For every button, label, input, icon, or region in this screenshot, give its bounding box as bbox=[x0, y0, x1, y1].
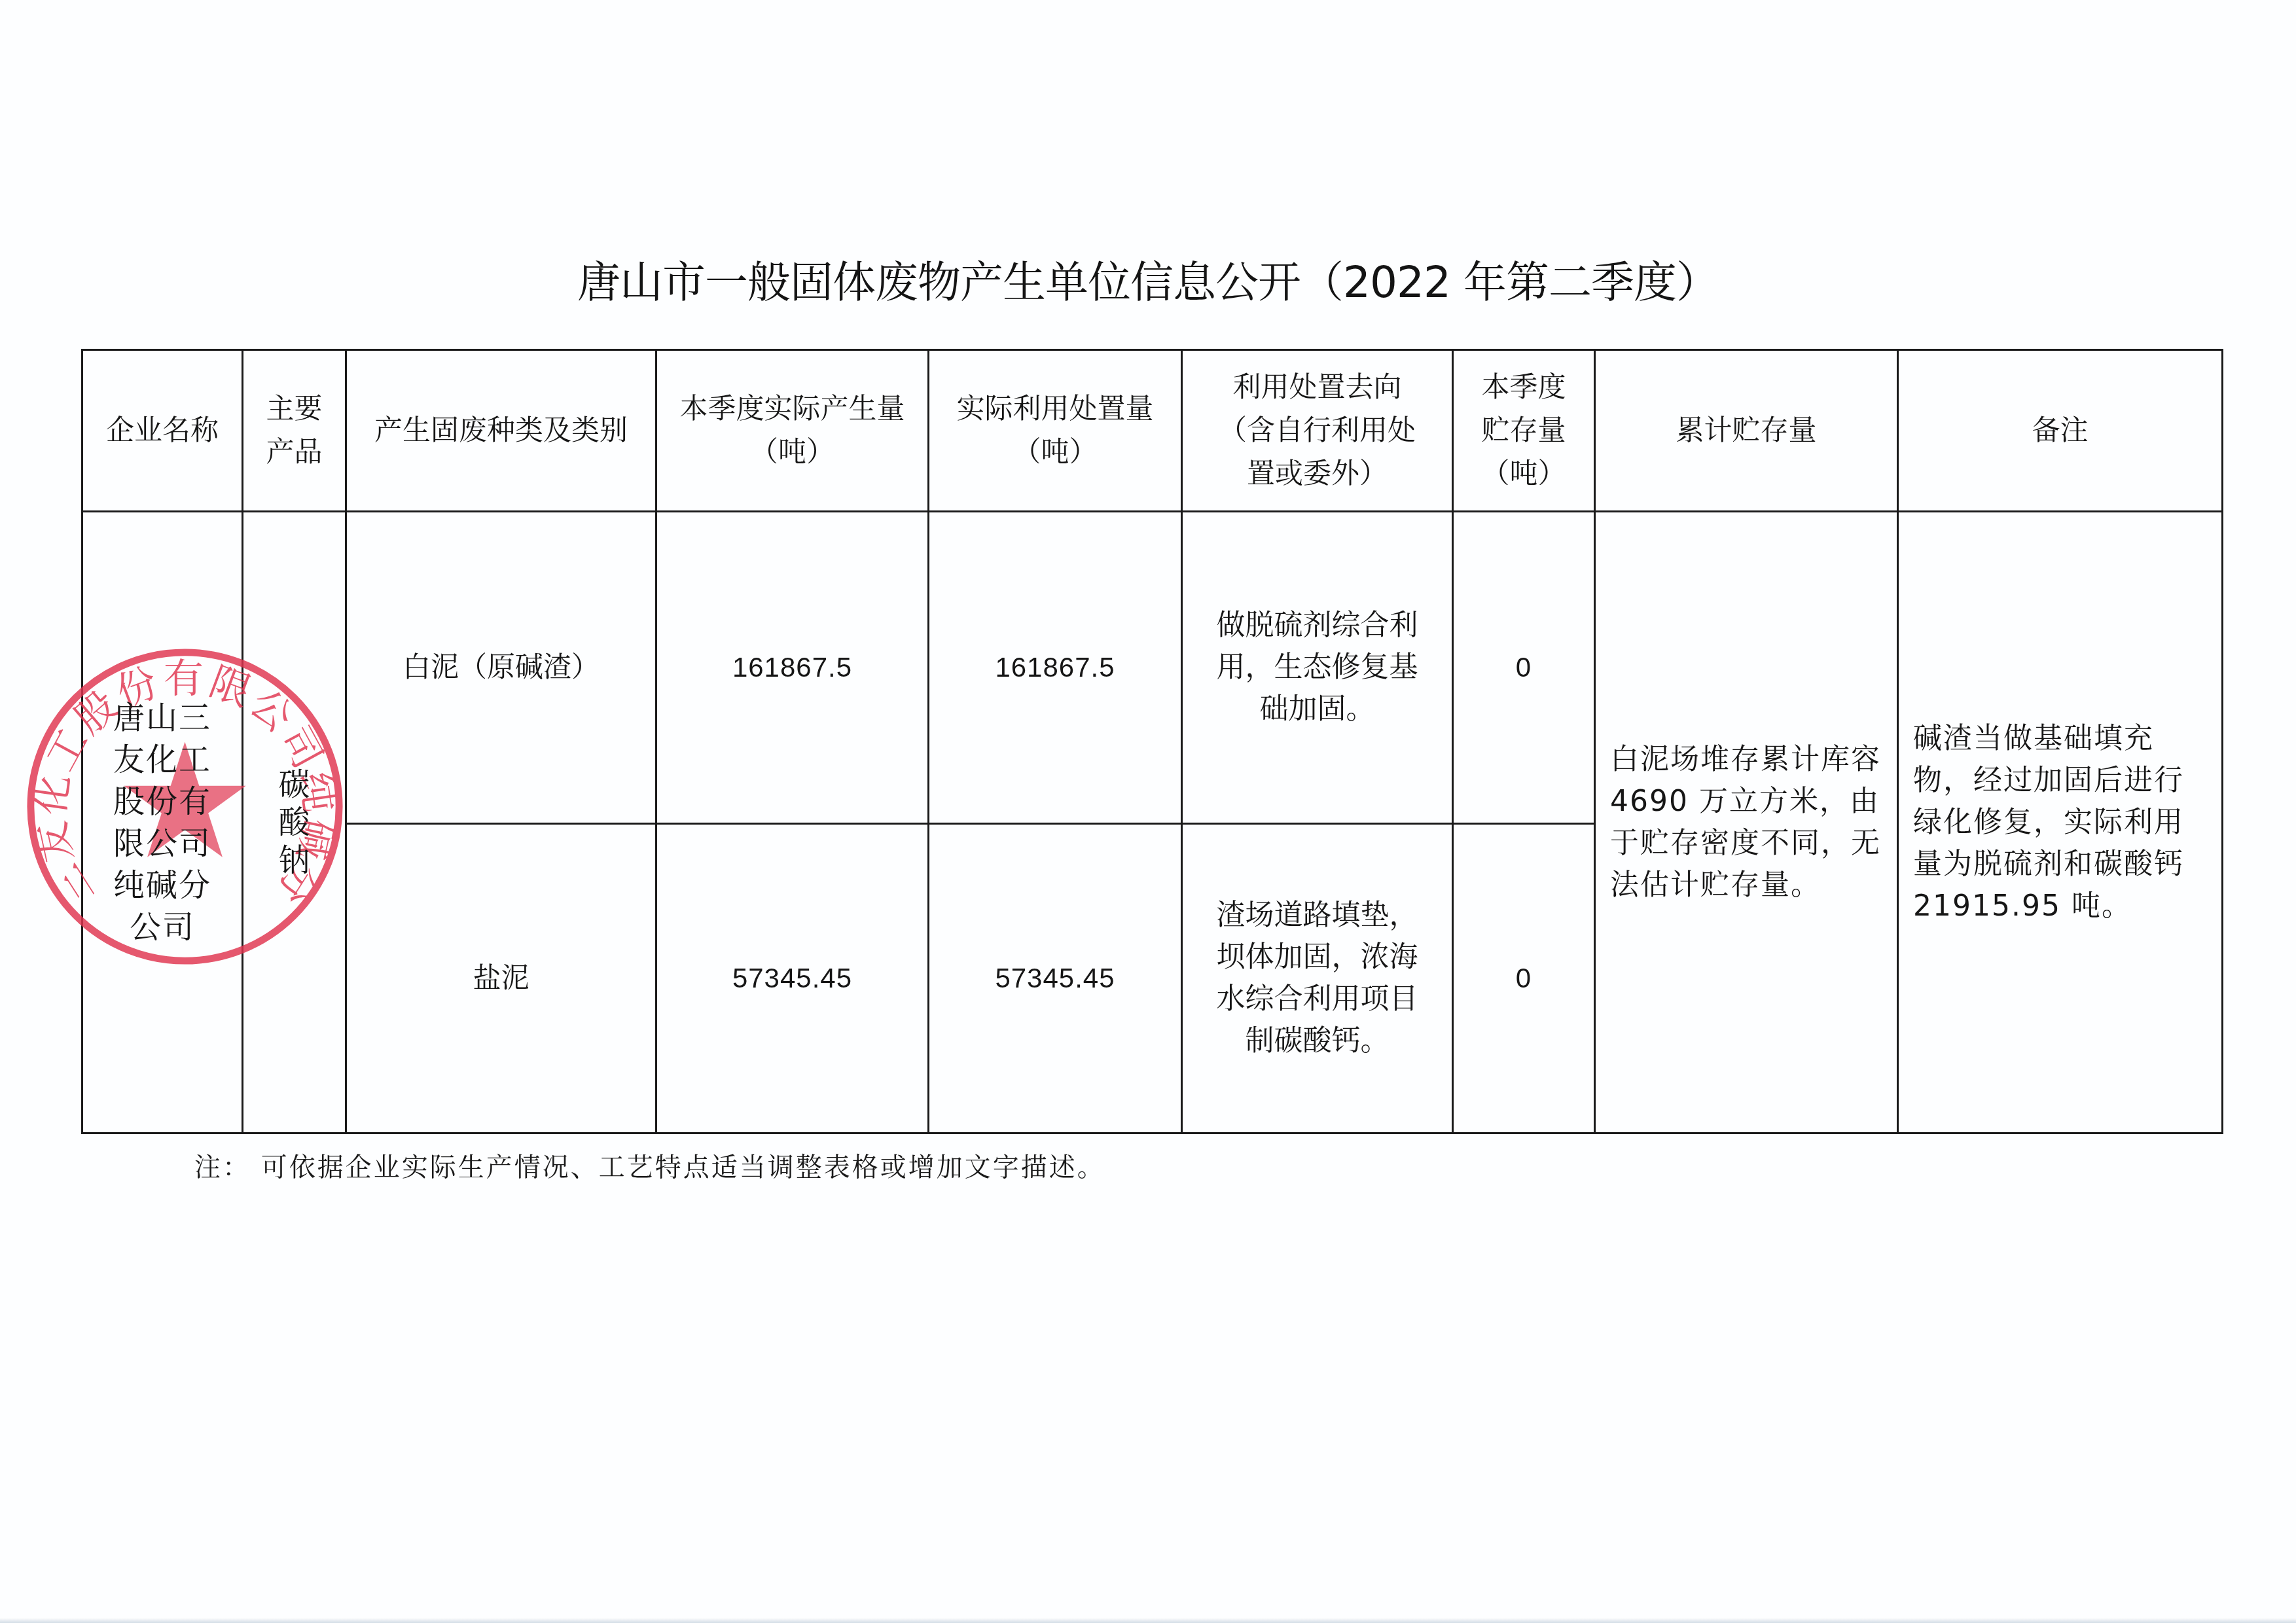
scan-edge-divider bbox=[0, 1618, 2296, 1623]
main-product: 碳酸钠 bbox=[278, 766, 310, 879]
header-utilized-quantity: 实际利用处置量（吨） bbox=[929, 350, 1182, 512]
header-cumulative-storage: 累计贮存量 bbox=[1595, 350, 1898, 512]
main-product-cell: 碳酸钠 bbox=[243, 512, 346, 1133]
header-generated-quantity: 本季度实际产生量（吨） bbox=[656, 350, 929, 512]
generated-quantity-cell: 161867.5 bbox=[656, 512, 929, 824]
footnote: 注： 可依据企业实际生产情况、工艺特点适当调整表格或增加文字描述。 bbox=[194, 1147, 1105, 1184]
cumulative-storage-cell: 白泥场堆存累计库容 4690 万立方米，由于贮存密度不同，无法估计贮存量。 bbox=[1595, 512, 1898, 1133]
waste-info-table: 企业名称 主要产品 产生固废种类及类别 本季度实际产生量（吨） 实际利用处置量（… bbox=[81, 349, 2223, 1134]
destination-cell: 渣场道路填垫，坝体加固，浓海水综合利用项目制碳酸钙。 bbox=[1182, 824, 1453, 1133]
header-waste-type: 产生固废种类及类别 bbox=[346, 350, 656, 512]
company-name: 唐山三友化工股份有限公司纯碱分公司 bbox=[113, 697, 211, 948]
table-row: 唐山三友化工股份有限公司纯碱分公司 碳酸钠 白泥（原碱渣） 161867.5 1… bbox=[82, 512, 2223, 824]
quarter-storage-cell: 0 bbox=[1453, 512, 1595, 824]
utilized-quantity-cell: 57345.45 bbox=[929, 824, 1182, 1133]
page-title: 唐山市一般固体废物产生单位信息公开（2022 年第二季度） bbox=[0, 247, 2296, 310]
remarks-cell: 碱渣当做基础填充物，经过加固后进行绿化修复，实际利用量为脱硫剂和碳酸钙 2191… bbox=[1898, 512, 2223, 1133]
waste-type-cell: 盐泥 bbox=[346, 824, 656, 1133]
waste-type-cell: 白泥（原碱渣） bbox=[346, 512, 656, 824]
header-company-name: 企业名称 bbox=[82, 350, 243, 512]
header-destination: 利用处置去向（含自行利用处置或委外） bbox=[1182, 350, 1453, 512]
waste-info-table-wrapper: 企业名称 主要产品 产生固废种类及类别 本季度实际产生量（吨） 实际利用处置量（… bbox=[81, 349, 2221, 1134]
table-header-row: 企业名称 主要产品 产生固废种类及类别 本季度实际产生量（吨） 实际利用处置量（… bbox=[82, 350, 2223, 512]
company-name-cell: 唐山三友化工股份有限公司纯碱分公司 bbox=[82, 512, 243, 1133]
quarter-storage-cell: 0 bbox=[1453, 824, 1595, 1133]
header-main-product: 主要产品 bbox=[243, 350, 346, 512]
utilized-quantity-cell: 161867.5 bbox=[929, 512, 1182, 824]
destination-cell: 做脱硫剂综合利用，生态修复基础加固。 bbox=[1182, 512, 1453, 824]
generated-quantity-cell: 57345.45 bbox=[656, 824, 929, 1133]
header-quarter-storage: 本季度贮存量（吨） bbox=[1453, 350, 1595, 512]
header-remarks: 备注 bbox=[1898, 350, 2223, 512]
